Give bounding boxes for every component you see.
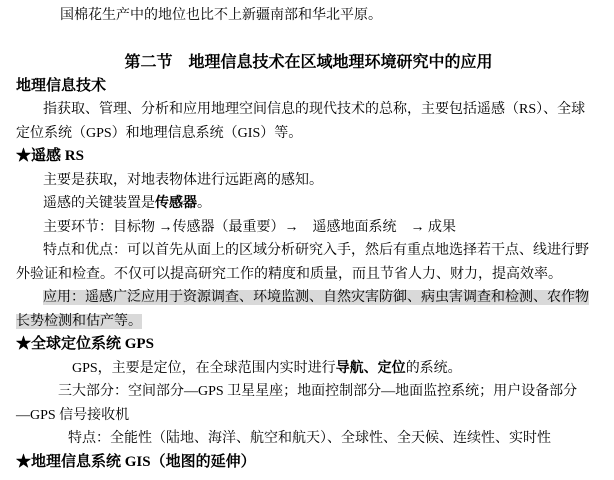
gps-function-tail: 的系统。 [406,361,462,376]
paragraph-rs-main-steps: 主要环节：目标物 →传感器（最重要）→ 遥感地面系统 → 成果 [16,216,601,240]
paragraph-rs-applications: 应用：遥感广泛应用于资源调查、环境监测、自然灾害防御、病虫害调查和检测、农作物 … [16,286,601,333]
heading-geo-information-technology: 地理信息技术 [16,75,601,99]
heading-remote-sensing-rs: ★遥感 RS [16,145,601,169]
rs-key-device-bold-term: 传感器 [155,196,197,211]
rs-key-device-period: 。 [197,196,211,211]
paragraph-definition: 指获取、管理、分析和应用地理空间信息的现代技术的总称，主要包括遥感（RS）、全球… [16,98,601,145]
paragraph-gps-function: GPS，主要是定位，在全球范围内实时进行导航、定位的系统。 [16,357,601,381]
highlighted-applications-text: 应用：遥感广泛应用于资源调查、环境监测、自然灾害防御、病虫害调查和检测、农作物 … [16,290,589,329]
gps-function-text: GPS，主要是定位，在全球范围内实时进行 [72,361,336,376]
section-title: 第二节 地理信息技术在区域地理环境研究中的应用 [16,51,601,75]
gps-function-bold-terms: 导航、定位 [336,361,406,376]
intro-paragraph: 国棉花生产中的地位也比不上新疆南部和华北平原。 [16,4,601,28]
paragraph-rs-function: 主要是获取，对地表物体进行远距离的感知。 [16,169,601,193]
paragraph-rs-advantages: 特点和优点：可以首先从面上的区域分析研究入手，然后有重点地选择若干点、线进行野 … [16,239,601,286]
paragraph-gps-characteristics: 特点：全能性（陆地、海洋、航空和航天）、全球性、全天候、连续性、实时性 [16,427,601,451]
document-page: 国棉花生产中的地位也比不上新疆南部和华北平原。 第二节 地理信息技术在区域地理环… [0,0,614,480]
paragraph-rs-key-device: 遥感的关键装置是传感器。 [16,192,601,216]
paragraph-gps-three-parts: 三大部分：空间部分—GPS 卫星星座；地面控制部分—地面监控系统；用户设备部分 … [16,380,601,427]
heading-gps: ★全球定位系统 GPS [16,333,601,357]
rs-key-device-text: 遥感的关键装置是 [43,196,155,211]
heading-gis: ★地理信息系统 GIS（地图的延伸） [16,451,601,475]
